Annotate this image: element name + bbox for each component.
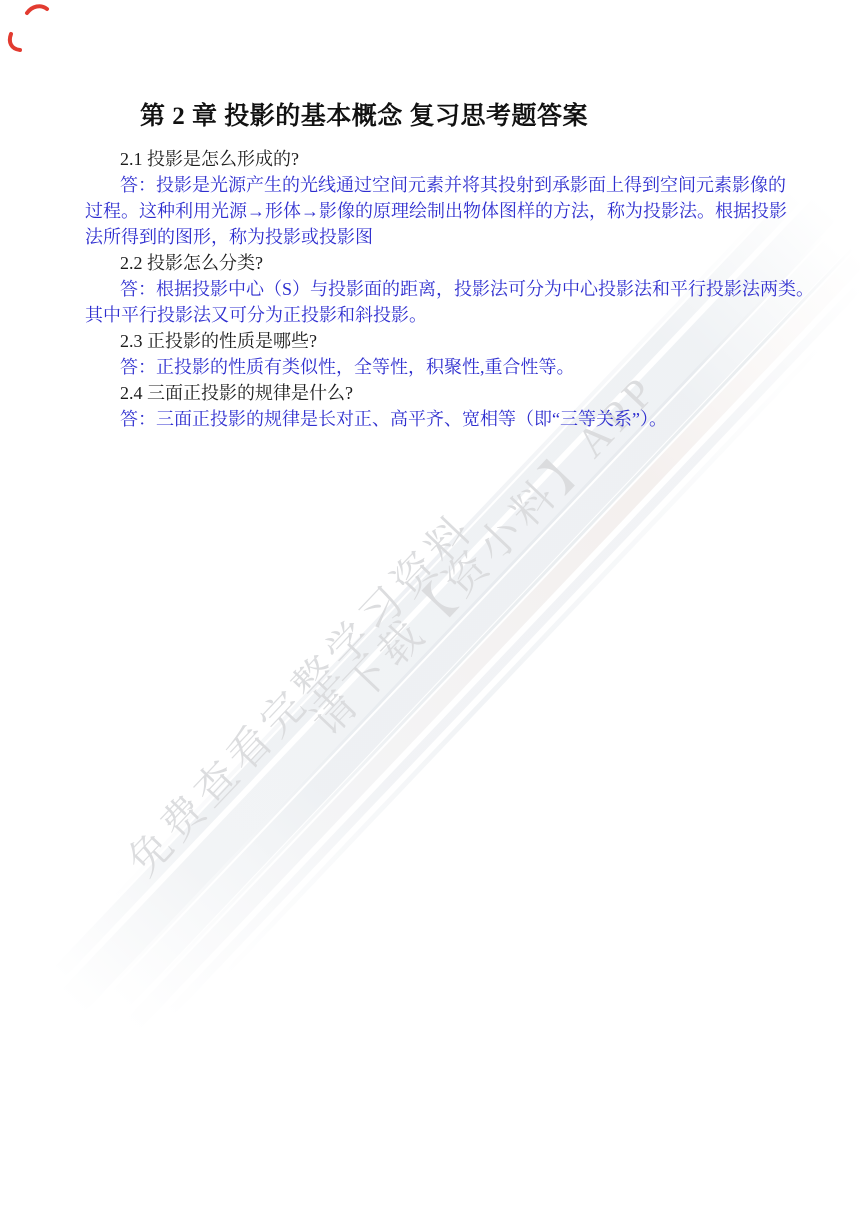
answer-2-2-line2: 其中平行投影法又可分为正投影和斜投影。 [85, 302, 797, 328]
question-2-3: 2.3 正投影的性质是哪些? [85, 328, 797, 354]
red-pen-stroke-icon [10, 34, 20, 50]
answer-2-4-line1: 答：三面正投影的规律是长对正、高平齐、宽相等（即“三等关系”）。 [85, 406, 797, 432]
answer-2-1-line1: 答：投影是光源产生的光线通过空间元素并将其投射到承影面上得到空间元素影像的 [85, 172, 797, 198]
question-2-2: 2.2 投影怎么分类? [85, 250, 797, 276]
answer-2-2-line1: 答：根据投影中心（S）与投影面的距离，投影法可分为中心投影法和平行投影法两类。 [85, 276, 797, 302]
page-title: 第 2 章 投影的基本概念 复习思考题答案 [140, 96, 588, 132]
red-pen-stroke-icon [27, 6, 47, 13]
document-page: 免费查看完整学习资料 请下载【资小料】APP 第 2 章 投影的基本概念 复习思… [0, 0, 860, 1215]
answer-2-1-line2: 过程。这种利用光源→形体→影像的原理绘制出物体图样的方法，称为投影法。根据投影 [85, 198, 797, 224]
watermark-text-line1: 免费查看完整学习资料 [112, 498, 486, 887]
answer-2-3-line1: 答：正投影的性质有类似性，全等性，积聚性,重合性等。 [85, 354, 797, 380]
question-2-4: 2.4 三面正投影的规律是什么? [85, 380, 797, 406]
body-text: 2.1 投影是怎么形成的? 答：投影是光源产生的光线通过空间元素并将其投射到承影… [85, 146, 797, 432]
red-pen-marks [0, 0, 70, 70]
answer-2-1-line3: 法所得到的图形，称为投影或投影图 [85, 224, 797, 250]
question-2-1: 2.1 投影是怎么形成的? [85, 146, 797, 172]
